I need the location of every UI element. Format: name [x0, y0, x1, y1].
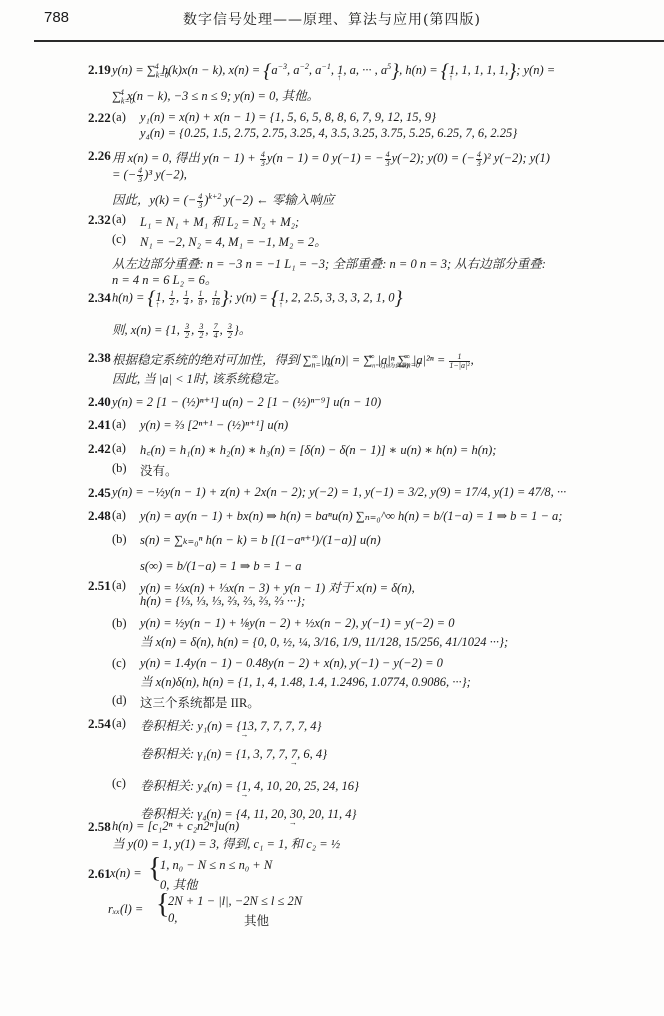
equation-line: 根据稳定系统的绝对可加性，得到 ∑n=−∞∞ |h(n)| = ∑n=0,(n为…: [112, 350, 474, 370]
problem-number: 2.26: [88, 148, 111, 164]
equation-line: 因此，y(k) = (−43)k+2 y(−2) ← 零输入响应: [112, 190, 334, 210]
equation-line: s(n) = ∑ₖ₌₀ⁿ h(n − k) = b [(1−aⁿ⁺¹)/(1−a…: [140, 532, 381, 548]
case-line: 1, n₀ − N ≤ n ≤ n₀ + N: [160, 858, 272, 873]
problem-number: 2.51: [88, 578, 111, 594]
equation-line: h(n) = {⅓, ⅓, ⅓, ⅔, ⅔, ⅔, ⅔ ···};: [140, 594, 305, 609]
problem-number: 2.19: [88, 62, 111, 78]
equation-line: 卷积相关: y₄(n) = {1, 4, 10, 20, 25, 24, 16}: [140, 776, 359, 794]
problem-number: 2.58: [88, 819, 111, 835]
equation-line: y(n) = 2 [1 − (½)ⁿ⁺¹] u(n) − 2 [1 − (½)ⁿ…: [112, 394, 381, 410]
problem-number: 2.32: [88, 212, 111, 228]
equation-line: 则, x(n) = {1, 32, 32, 74, 32}。: [112, 320, 251, 340]
part-label: (a): [112, 441, 126, 456]
equation-line: y(n) = ⅔ [2ⁿ⁺¹ − (½)ⁿ⁺¹] u(n): [140, 417, 288, 433]
part-label: (d): [112, 693, 127, 708]
text-line: n = 4 n = 6 L₂ = 6。: [112, 270, 217, 288]
text-line: 因此, 当 |a| < 1时, 该系统稳定。: [112, 369, 287, 387]
text-line: 没有。: [140, 461, 178, 479]
text-line: 这三个系统都是 IIR。: [140, 693, 260, 711]
part-label: (a): [112, 212, 126, 227]
problem-number: 2.38: [88, 350, 111, 366]
equation-line: h꜀(n) = h₁(n) ∗ h₂(n) ∗ h₃(n) = [δ(n) − …: [140, 441, 496, 458]
equation-line: y(n) = 1.4y(n − 1) − 0.48y(n − 2) + x(n)…: [140, 656, 443, 671]
equation-line: 卷积相关: y₁(n) = {13, 7, 7, 7, 7, 4}: [140, 716, 321, 734]
equation-line: h(n) = {1, 12, 14, 18, 116}; y(n) = {1, …: [112, 290, 403, 307]
equation-line: 用 x(n) = 0, 得出 y(n − 1) + 43y(n − 1) = 0…: [112, 148, 550, 168]
case-line: 其他: [244, 911, 269, 929]
part-label: (a): [112, 110, 126, 125]
problem-number: 2.34: [88, 290, 111, 306]
equation-line: 当 y(0) = 1, y(1) = 3, 得到, c₁ = 1, 和 c₂ =…: [112, 834, 340, 852]
equation-label: x(n) =: [110, 866, 142, 881]
problem-number: 2.22: [88, 110, 111, 126]
part-label: (a): [112, 716, 126, 731]
part-label: (a): [112, 417, 126, 432]
equation-line: N₁ = −2, N₂ = 4, M₁ = −1, M₂ = 2。: [140, 232, 327, 250]
equation-line: h(n) = [c₁2ⁿ + c₂n2ⁿ]u(n): [112, 819, 239, 834]
equation-line: = (−43)³ y(−2),: [112, 167, 187, 184]
equation-line: y₁(n) = x(n) + x(n − 1) = {1, 5, 6, 5, 8…: [140, 110, 436, 125]
problem-number: 2.40: [88, 394, 111, 410]
part-label: (b): [112, 616, 127, 631]
equation-line: y(n) = ay(n − 1) + bx(n) ⇒ h(n) = baⁿu(n…: [140, 508, 562, 524]
equation-line: 当 x(n)δ(n), h(n) = {1, 1, 4, 1.48, 1.4, …: [140, 672, 471, 690]
equation-line: y(n) = ½y(n − 1) + ⅛y(n − 2) + ½x(n − 2)…: [140, 616, 454, 631]
part-label: (a): [112, 578, 126, 593]
case-line: 0,: [168, 911, 177, 926]
problem-number: 2.41: [88, 417, 111, 433]
problem-number: 2.45: [88, 485, 111, 501]
running-title: 数字信号处理——原理、算法与应用(第四版): [0, 9, 664, 29]
problem-number: 2.48: [88, 508, 111, 524]
part-label: (c): [112, 232, 126, 247]
equation-line: y(n) = ∑k=04 h(k)x(n − k), x(n) = {a−3, …: [112, 62, 555, 80]
header-rule: [34, 40, 664, 42]
equation-label: rₓₓ(l) =: [108, 902, 143, 917]
equation-line: y(n) = −½y(n − 1) + z(n) + 2x(n − 2); y(…: [112, 485, 566, 500]
equation-line: s(∞) = b/(1−a) = 1 ⇒ b = 1 − a: [140, 558, 302, 574]
part-label: (b): [112, 532, 127, 547]
problem-number: 2.42: [88, 441, 111, 457]
part-label: (a): [112, 508, 126, 523]
case-line: 2N + 1 − |l|, −2N ≤ l ≤ 2N: [168, 894, 302, 909]
problem-number: 2.61: [88, 866, 111, 882]
equation-line: L₁ = N₁ + M₁ 和 L₂ = N₂ + M₂;: [140, 212, 299, 230]
equation-line: 当 x(n) = δ(n), h(n) = {0, 0, ½, ¼, 3/16,…: [140, 632, 508, 650]
page-header: 788 数字信号处理——原理、算法与应用(第四版): [0, 0, 664, 44]
part-label: (c): [112, 656, 126, 671]
equation-line: 卷积相关: γ₁(n) = {1, 3, 7, 7, 7, 6, 4}: [140, 744, 327, 762]
equation-line: ∑k=04 x(n − k), −3 ≤ n ≤ 9; y(n) = 0, 其他…: [112, 86, 319, 106]
equation-line: y₄(n) = {0.25, 1.5, 2.75, 2.75, 3.25, 4,…: [140, 126, 517, 141]
part-label: (c): [112, 776, 126, 791]
part-label: (b): [112, 461, 127, 476]
problem-number: 2.54: [88, 716, 111, 732]
